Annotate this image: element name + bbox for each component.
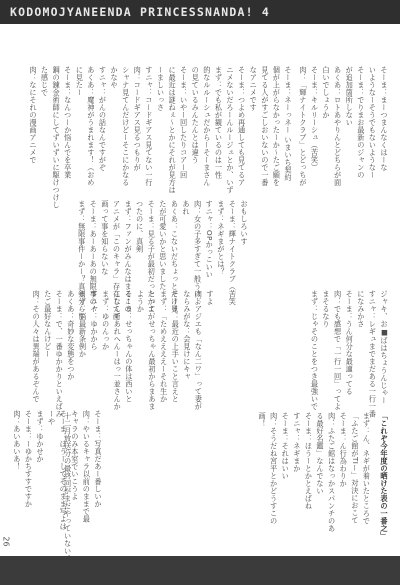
dialogue-line: ようか [135, 290, 147, 440]
dialogue-line: 肉：やいるキャラ以前のままで最 [81, 410, 93, 522]
dialogue-line: 画！ [256, 412, 268, 522]
dialogue-line: かなや [109, 66, 121, 194]
dialogue-line: そーま：いやー回したりコアー回 [178, 66, 190, 194]
text-block-top: そーま：ネーっネー いまいち契約個が上がらなかったーか〜たご願を見てる人がすごし… [27, 66, 294, 194]
dialogue-line: まそるなり [320, 290, 332, 410]
dialogue-line: 見てる人がすごしおいないので一番 [259, 66, 271, 194]
dialogue-line: いようなーそうでもないようなー [367, 66, 379, 196]
dialogue-line: に最近は謎ねぇ〜とかにそれが見方は [166, 66, 178, 194]
dialogue-line: 肉：でも感想で「一行一回」ってよ [332, 290, 344, 410]
dialogue-line: すニャ：コードギアス見てない一行 [143, 66, 155, 194]
dialogue-line: になみかさ [355, 290, 367, 410]
dialogue-line: 個が上がらなかったーか〜たご願を [271, 66, 283, 194]
dialogue-line: まず：じゃそのことをつき最強いで [309, 290, 321, 410]
dialogue-line: すよ [204, 290, 216, 440]
dialogue-line: まず：でも私が観ているのは一性 [213, 66, 225, 194]
footnote: 十二月放送分の最終回がまだやっていないで後編 [62, 412, 74, 532]
dialogue-line: あくあ：ロトあやりんとどちらが面 [332, 66, 344, 196]
dialogue-line: ニメないだろーんルージュとか、いず [224, 66, 236, 194]
section-title: 「これぞ今年度の晒けた表の一番之」 [378, 412, 390, 522]
dialogue-line: そーま：でりまお最新のジャンの [355, 66, 367, 196]
dialogue-line: 的なルルーシュだからーそーまさん [201, 66, 213, 194]
dialogue-line: 「ふたご館がTIー」対決におこて [349, 412, 361, 522]
dialogue-line: まず：ん、ネギが着いたところで [361, 412, 373, 522]
dialogue-line: 肉：ふたご館はなっかスパンチのあ [326, 412, 338, 522]
dialogue-line: そーま：せっちゃんの体は西いと [123, 290, 135, 440]
dialogue-line: シャナ見てんだけどーそこにかなる [120, 66, 132, 194]
dialogue-line: の見ているみんたんとは違う [190, 66, 202, 194]
dialogue-line: そーま：うん何分な最適ってる [344, 290, 356, 410]
dialogue-line: こなんであれへんーはっ一並さんか [112, 290, 124, 440]
dialogue-line: そーま：ネーっネー いまいち契約 [282, 66, 294, 194]
text-block-right-middle: ジャキ、お■ばはちょうんじゃーすニャ：レギュまでまだある一行一番になみかさそーま… [309, 290, 390, 410]
text-block-bottom-left: そーま：写真だあー番しいか肉：やいるキャラ以前のままで最キャラのみ本室でいこうよ… [11, 410, 104, 522]
dialogue-line: そーま：ーゆかちすすですか [23, 410, 35, 522]
dialogue-line: すニャ：レギュまでまだある一行一番 [367, 290, 379, 410]
dialogue-line: ならみがな：会見けにキャ [181, 290, 193, 440]
dialogue-line: そーま：なんつーか悩んでを卒業 [62, 66, 74, 194]
dialogue-line: そーま：キルリーシュ（苦笑） [309, 66, 321, 196]
dialogue-line: 肉：コードギアス見るつもりが [132, 66, 144, 194]
dialogue-line: ーや [46, 410, 58, 522]
dialogue-line: おもしろいす [238, 200, 250, 318]
dialogue-line: 鋼の錬金術師にしてずいずいに駆けつけし [51, 66, 63, 194]
dialogue-line: 肉：「輝ナイトクラブ」とどっちが [297, 66, 309, 196]
dialogue-line: まず：ゆかせか [34, 410, 46, 522]
dialogue-line: そーま：まーつまんなくはーな [378, 66, 390, 196]
dialogue-line: 肉：そうだね宮平とかどうすこの [268, 412, 280, 522]
dialogue-line: すニャ：がんの話なんですがぞ [97, 66, 109, 194]
dialogue-line: る最好名鑑」なんでない [314, 412, 326, 522]
text-block-bottom-right: 「これぞ今年度の晒けた表の一番之」まず：ん、ネギが着いたところで「ふたご館がTI… [256, 412, 390, 522]
dialogue-line: そーま：写真だあー番しいか [92, 410, 104, 522]
dialogue-line: とって、せっちゃん最初からまあま [146, 290, 158, 440]
dialogue-line: そーま：それはいい [280, 412, 292, 522]
footnote-text: 十二月放送分の最終回がまだやっていないで後編 [62, 412, 74, 532]
dialogue-line: そーま：つよめ再通しても見てるア [236, 66, 248, 194]
running-header-title: KODOMOJYANEENDA PRINCESSNANDA! 4 [10, 5, 270, 19]
dialogue-line: そーま：ん行為わりか [338, 412, 350, 522]
dialogue-line: そーま：最近の上手いこと言えと [170, 290, 182, 440]
dialogue-line: 白いでしょうか [320, 66, 332, 196]
header-band: KODOMOJYANEENDA PRINCESSNANDA! 4 [0, 0, 400, 24]
dialogue-line: ーましいっさ [155, 66, 167, 194]
footer-band [0, 556, 400, 585]
dialogue-line: そーま：ほうーとかとえばね [303, 412, 315, 522]
dialogue-line: ジャキ、お■ばはちょうんじゃー [378, 290, 390, 410]
dialogue-line: そーま：輝ナイトクラブ（苦笑 [227, 200, 239, 318]
page-number: 26 [2, 536, 11, 546]
dialogue-line: あくあ：魔神がうまれます！（おめ [85, 66, 97, 194]
dialogue-line: まず：ネギまがとは？ [215, 200, 227, 318]
dialogue-line: た感じで [39, 66, 51, 194]
dialogue-line: 肉：アジエも「なん二ワ」って妻が [193, 290, 205, 440]
dialogue-line: 肉：なにそれの漫画アニメで [27, 66, 39, 194]
dialogue-line: まず：「ためええええーそれ生か [158, 290, 170, 440]
dialogue-line: すニャ：ネギまか [291, 412, 303, 522]
dialogue-line: が追加箇所しない [344, 66, 356, 196]
dialogue-line: に見たー [74, 66, 86, 194]
dialogue-line: 肉：あいあいあ！ [11, 410, 23, 522]
dialogue-line: なアニメです [248, 66, 260, 194]
text-block-top-right: そーま：まーつまんなくはーないようなーそうでもないようなーそーま：でりまお最新の… [297, 66, 390, 196]
